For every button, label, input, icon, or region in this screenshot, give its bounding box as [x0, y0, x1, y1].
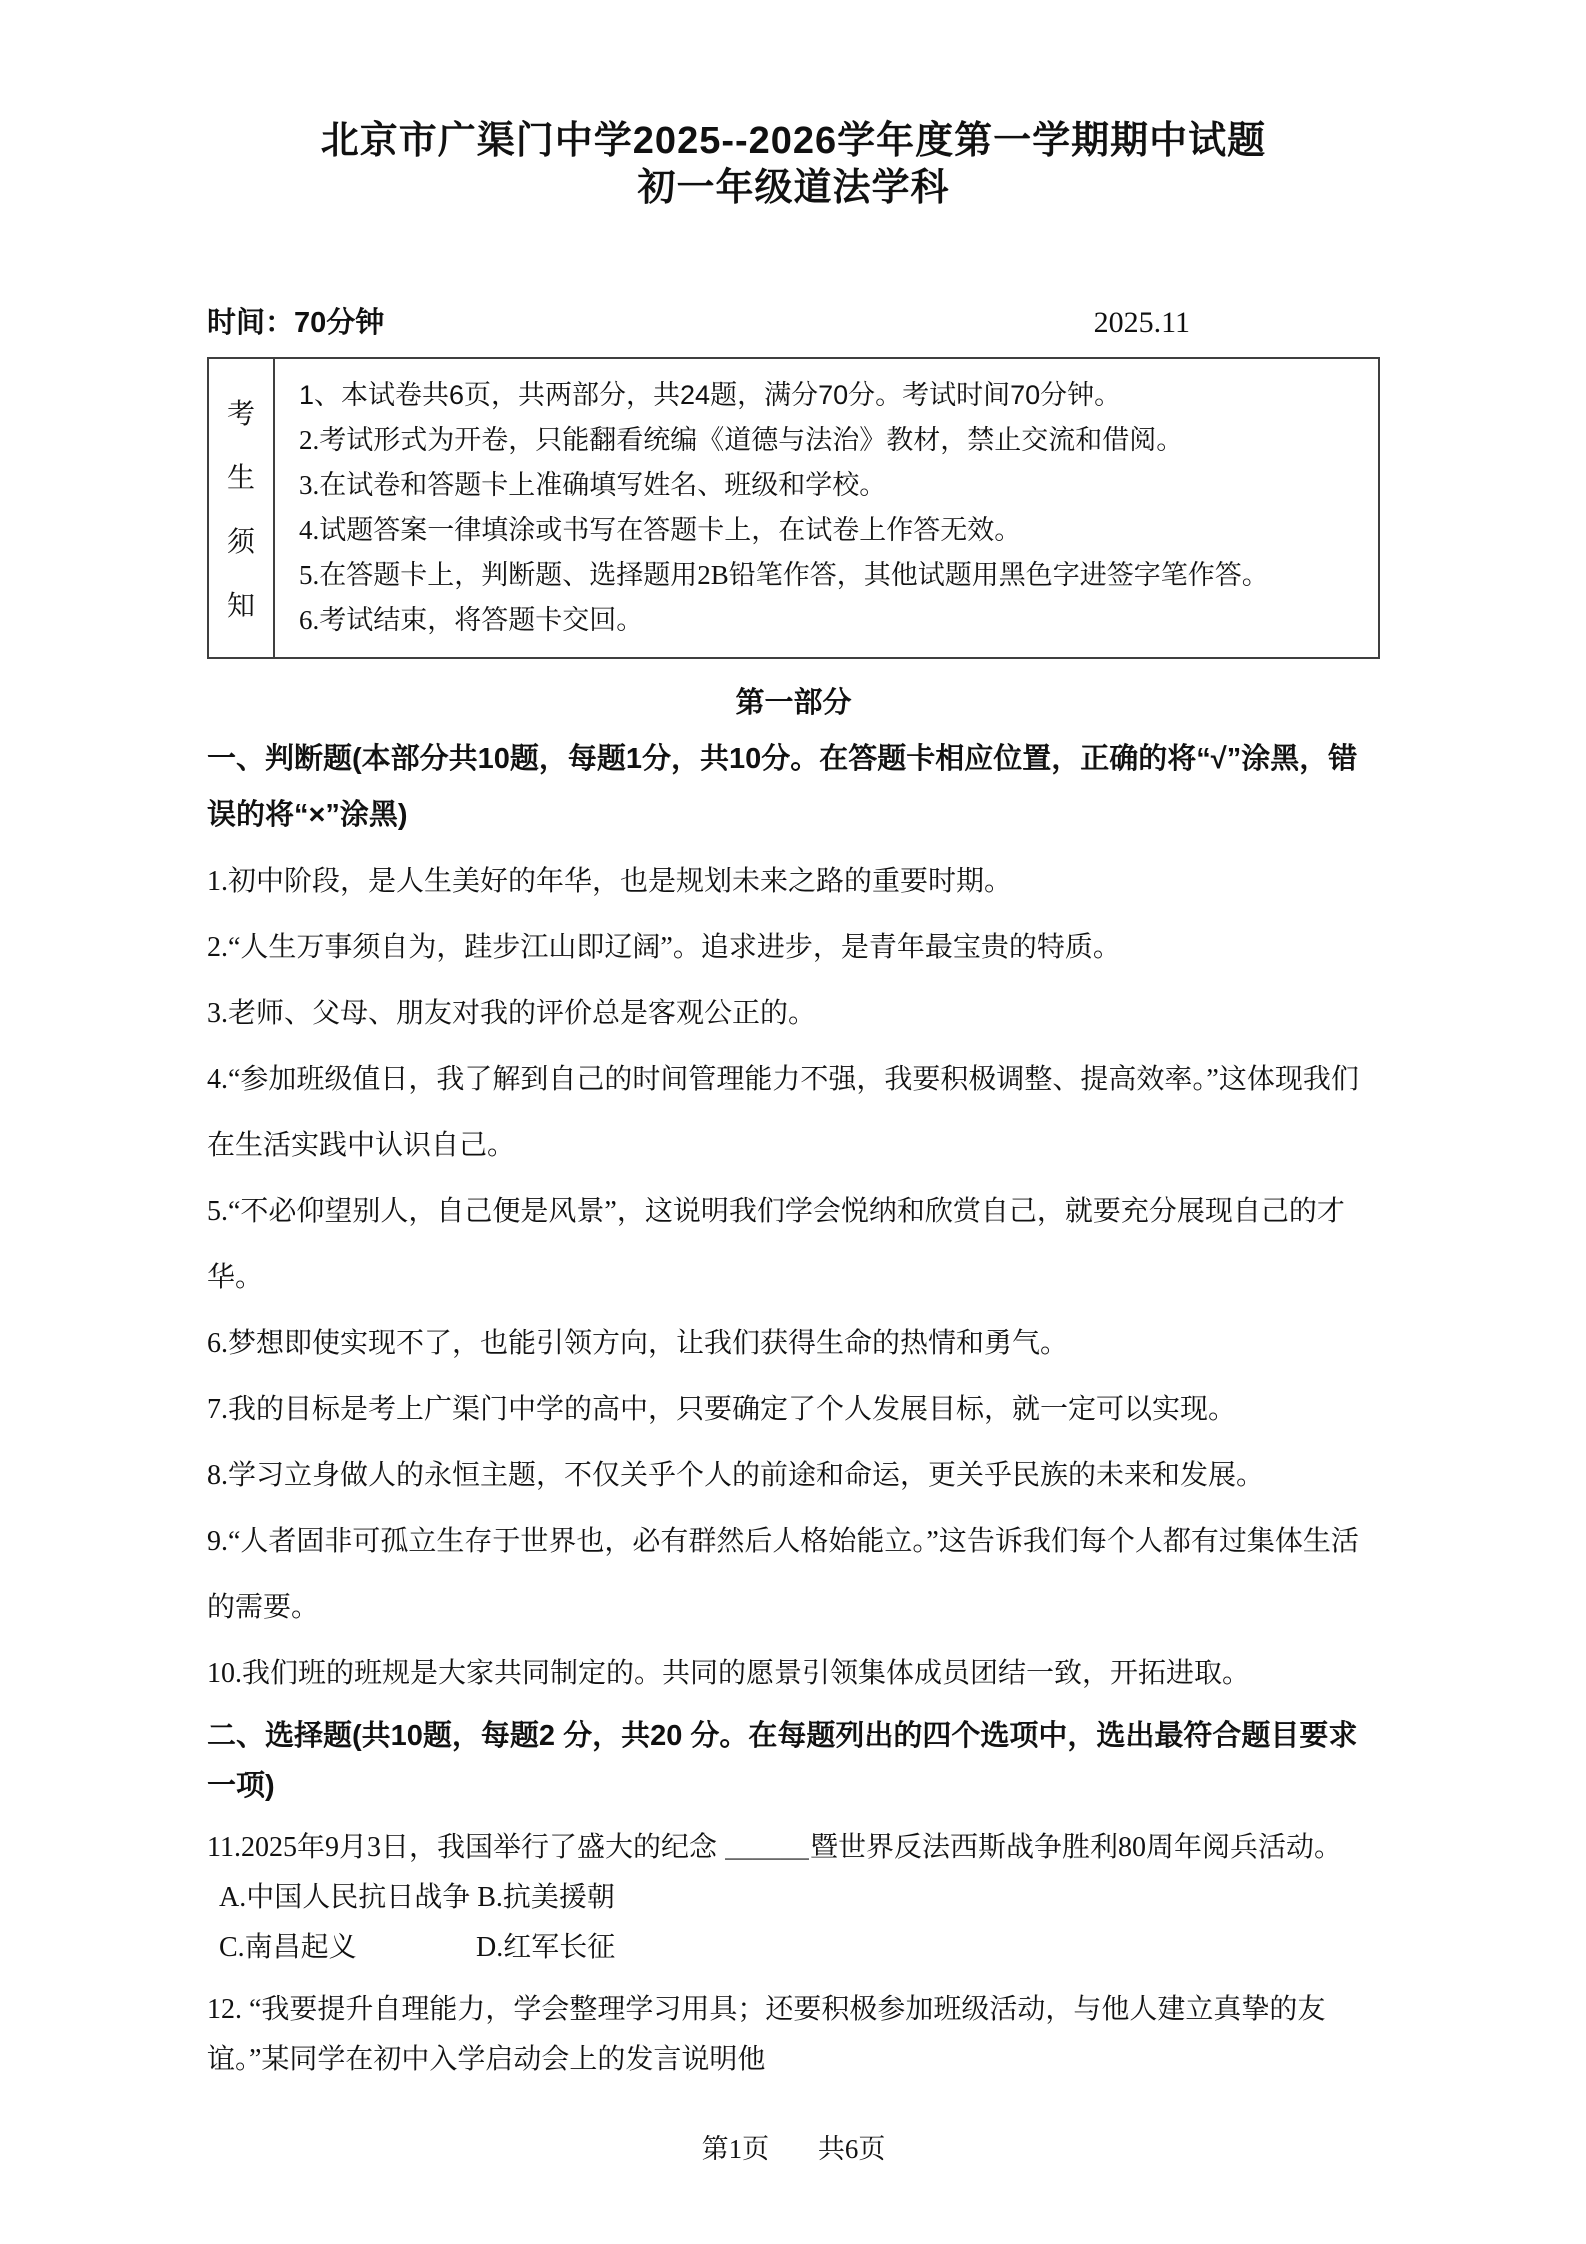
- judgement-question-8: 8.学习立身做人的永恒主题，不仅关乎个人的前途和命运，更关乎民族的未来和发展。: [207, 1443, 1380, 1509]
- page-footer: 第1页 共6页: [207, 2127, 1380, 2166]
- candidate-notice-body: 1、本试卷共6页，共两部分，共24题，满分70分。考试时间70分钟。 2.考试形…: [275, 359, 1378, 657]
- exam-paper-page: 北京市广渠门中学2025--2026学年度第一学期期中试题 初一年级道法学科 时…: [0, 0, 1586, 2244]
- judgement-question-9: 9.“人者固非可孤立生存于世界也，必有群然后人格始能立。”这告诉我们每个人都有过…: [207, 1509, 1380, 1641]
- judgement-question-2: 2.“人生万事须自为，跬步江山即辽阔”。追求进步，是青年最宝贵的特质。: [207, 915, 1380, 981]
- judgement-question-10: 10.我们班的班规是大家共同制定的。共同的愿景引领集体成员团结一致，开拓进取。: [207, 1641, 1380, 1707]
- exam-duration: 时间：70分钟: [207, 300, 384, 341]
- notice-side-char-1: 考: [227, 392, 255, 432]
- judgement-question-6: 6.梦想即使实现不了，也能引领方向，让我们获得生命的热情和勇气。: [207, 1311, 1380, 1377]
- judgement-question-list: 1.初中阶段，是人生美好的年华，也是规划未来之路的重要时期。 2.“人生万事须自…: [207, 849, 1380, 1707]
- question-11-stem-before: 11.2025年9月3日，我国举行了盛大的纪念: [207, 1832, 724, 1863]
- notice-item-2: 2.考试形式为开卷，只能翻看统编《道德与法治》教材，禁止交流和借阅。: [299, 418, 1366, 463]
- notice-item-6: 6.考试结束，将答题卡交回。: [299, 598, 1366, 643]
- paper-title: 北京市广渠门中学2025--2026学年度第一学期期中试题 初一年级道法学科: [207, 118, 1380, 212]
- question-11-options-row-2: C.南昌起义 D.红军长征: [207, 1923, 1380, 1973]
- paper-title-line2: 初一年级道法学科: [207, 165, 1380, 212]
- notice-item-1: 1、本试卷共6页，共两部分，共24题，满分70分。考试时间70分钟。: [299, 373, 1366, 418]
- answer-blank: ＿＿＿: [724, 1832, 810, 1863]
- judgement-question-3: 3.老师、父母、朋友对我的评价总是客观公正的。: [207, 981, 1380, 1047]
- section2-heading: 二、选择题(共10题，每题2 分，共20 分。在每题列出的四个选项中，选出最符合…: [207, 1711, 1380, 1811]
- exam-date: 2025.11: [1094, 306, 1190, 340]
- option-b: B.抗美援朝: [477, 1873, 615, 1923]
- judgement-question-4: 4.“参加班级值日，我了解到自己的时间管理能力不强，我要积极调整、提高效率。”这…: [207, 1047, 1380, 1179]
- part1-heading: 第一部分: [207, 685, 1380, 721]
- notice-side-char-4: 知: [227, 584, 255, 624]
- choice-question-12: 12. “我要提升自理能力，学会整理学习用具；还要积极参加班级活动，与他人建立真…: [207, 1985, 1380, 2085]
- option-c: C.南昌起义: [219, 1923, 469, 1973]
- choice-question-11: 11.2025年9月3日，我国举行了盛大的纪念 ＿＿＿暨世界反法西斯战争胜利80…: [207, 1823, 1380, 1873]
- notice-item-4: 4.试题答案一律填涂或书写在答题卡上，在试卷上作答无效。: [299, 508, 1366, 553]
- notice-item-3: 3.在试卷和答题卡上准确填写姓名、班级和学校。: [299, 463, 1366, 508]
- candidate-notice-side-label: 考 生 须 知: [209, 359, 275, 657]
- meta-row: 时间：70分钟 2025.11: [207, 300, 1380, 341]
- option-d: D.红军长征: [476, 1923, 615, 1973]
- paper-title-line1: 北京市广渠门中学2025--2026学年度第一学期期中试题: [207, 118, 1380, 165]
- section1-heading: 一、判断题(本部分共10题，每题1分，共10分。在答题卡相应位置，正确的将“√”…: [207, 731, 1380, 843]
- judgement-question-7: 7.我的目标是考上广渠门中学的高中，只要确定了个人发展目标，就一定可以实现。: [207, 1377, 1380, 1443]
- question-11-stem-after: 暨世界反法西斯战争胜利80周年阅兵活动。: [810, 1832, 1342, 1863]
- notice-side-char-3: 须: [227, 520, 255, 560]
- judgement-question-1: 1.初中阶段，是人生美好的年华，也是规划未来之路的重要时期。: [207, 849, 1380, 915]
- candidate-notice-box: 考 生 须 知 1、本试卷共6页，共两部分，共24题，满分70分。考试时间70分…: [207, 357, 1380, 659]
- footer-page-number: 第1页: [702, 2134, 770, 2164]
- footer-total-pages: 共6页: [818, 2134, 886, 2164]
- notice-item-5: 5.在答题卡上，判断题、选择题用2B铅笔作答，其他试题用黑色字进签字笔作答。: [299, 553, 1366, 598]
- notice-side-char-2: 生: [227, 456, 255, 496]
- question-11-options-row-1: A.中国人民抗日战争 B.抗美援朝: [207, 1873, 1380, 1923]
- judgement-question-5: 5.“不必仰望别人，自己便是风景”，这说明我们学会悦纳和欣赏自己，就要充分展现自…: [207, 1179, 1380, 1311]
- option-a: A.中国人民抗日战争: [219, 1873, 470, 1923]
